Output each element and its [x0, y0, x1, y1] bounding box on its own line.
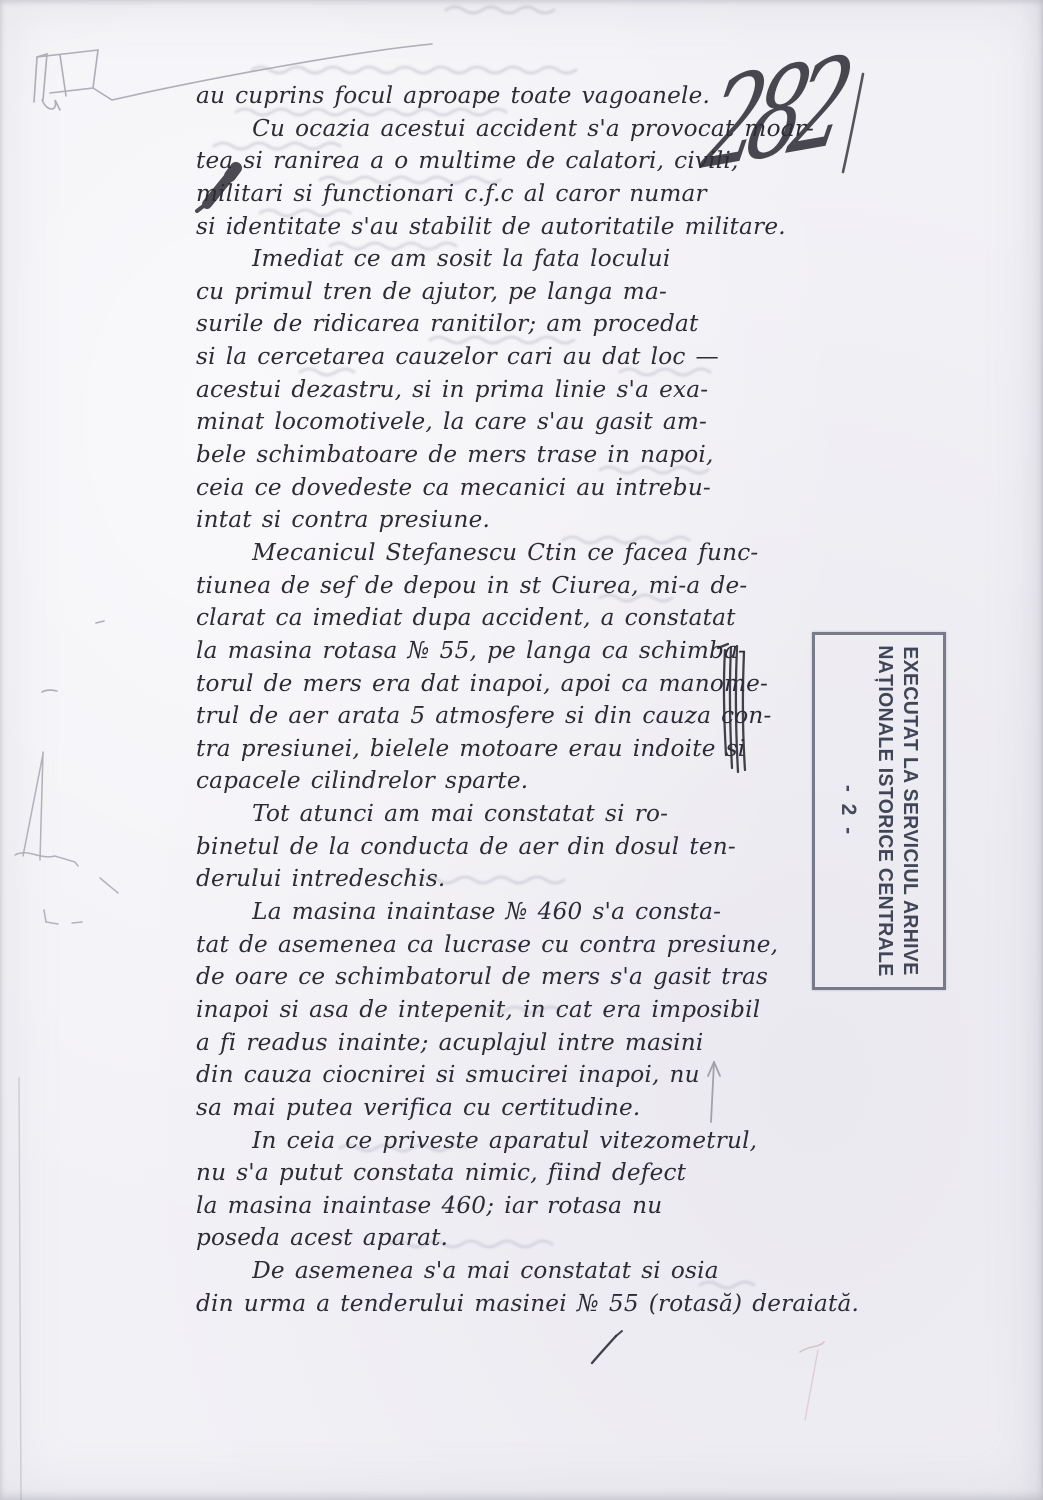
text-line: si identitate s'au stabilit de autoritat…	[196, 210, 826, 243]
text-line: de oare ce schimbatorul de mers s'a gasi…	[196, 960, 826, 993]
text-line: poseda acest aparat.	[196, 1221, 826, 1254]
text-line: De asemenea s'a mai constatat si osia	[196, 1254, 826, 1287]
text-line: minat locomotivele, la care s'au gasit a…	[196, 405, 826, 438]
text-line: au cuprins focul aproape toate vagoanele…	[196, 79, 826, 112]
text-line: ceia ce dovedeste ca mecanici au intrebu…	[196, 471, 826, 504]
text-line: La masina inaintase № 460 s'a consta-	[196, 895, 826, 928]
text-line: capacele cilindrelor sparte.	[196, 764, 826, 797]
text-line: tra presiunei, bielele motoare erau indo…	[196, 732, 826, 765]
text-line: acestui dezastru, si in prima linie s'a …	[196, 373, 826, 406]
text-line: derului intredeschis.	[196, 862, 826, 895]
stamp-page-number: - 2 -	[836, 638, 860, 984]
text-line: torul de mers era dat inapoi, apoi ca ma…	[196, 667, 826, 700]
stamp-line-2: NAȚIONALE ISTORICE CENTRALE	[872, 643, 897, 979]
text-line: bele schimbatoare de mers trase in napoi…	[196, 438, 826, 471]
handwritten-text-block: au cuprins focul aproape toate vagoanele…	[196, 79, 826, 1319]
text-line: trul de aer arata 5 atmosfere si din cau…	[196, 699, 826, 732]
text-line: din urma a tenderului masinei № 55 (rota…	[196, 1287, 826, 1320]
text-line: a fi readus inainte; acuplajul intre mas…	[196, 1026, 826, 1059]
text-line: la masina inaintase 460; iar rotasa nu	[196, 1189, 826, 1222]
text-line: Tot atunci am mai constatat si ro-	[196, 797, 826, 830]
pencil-scribbles-left-margin	[15, 752, 118, 1500]
archive-stamp-text: EXECUTAT LA SERVICIUL ARHIVE NAȚIONALE I…	[836, 638, 922, 984]
text-line: tiunea de sef de depou in st Ciurea, mi-…	[196, 569, 826, 602]
text-line: nu s'a putut constata nimic, fiind defec…	[196, 1156, 826, 1189]
text-line: In ceia ce priveste aparatul vitezometru…	[196, 1124, 826, 1157]
text-line: tat de asemenea ca lucrase cu contra pre…	[196, 928, 826, 961]
text-line: inapoi si asa de intepenit, in cat era i…	[196, 993, 826, 1026]
text-line: intat si contra presiune.	[196, 503, 826, 536]
stamp-line-1: EXECUTAT LA SERVICIUL ARHIVE	[897, 643, 922, 979]
text-line: binetul de la conducta de aer din dosul …	[196, 830, 826, 863]
text-line: Mecanicul Stefanescu Ctin ce facea func-	[196, 536, 826, 569]
text-line: tea si ranirea a o multime de calatori, …	[196, 144, 826, 177]
text-line: Cu ocazia acestui accident s'a provocat …	[196, 112, 826, 145]
text-line: sa mai putea verifica cu certitudine.	[196, 1091, 826, 1124]
archive-stamp: EXECUTAT LA SERVICIUL ARHIVE NAȚIONALE I…	[812, 632, 946, 990]
text-line: surile de ridicarea ranitilor; am proced…	[196, 307, 826, 340]
text-line: Imediat ce am sosit la fata locului	[196, 242, 826, 275]
text-line: din cauza ciocnirei si smucirei inapoi, …	[196, 1058, 826, 1091]
text-line: militari si functionari c.f.c al caror n…	[196, 177, 826, 210]
scanned-document-page: 282 au cuprins focul aproape toate vagoa…	[0, 0, 1043, 1500]
text-line: si la cercetarea cauzelor cari au dat lo…	[196, 340, 826, 373]
text-line: cu primul tren de ajutor, pe langa ma-	[196, 275, 826, 308]
text-line: clarat ca imediat dupa accident, a const…	[196, 601, 826, 634]
text-line: la masina rotasa № 55, pe langa ca schim…	[196, 634, 826, 667]
